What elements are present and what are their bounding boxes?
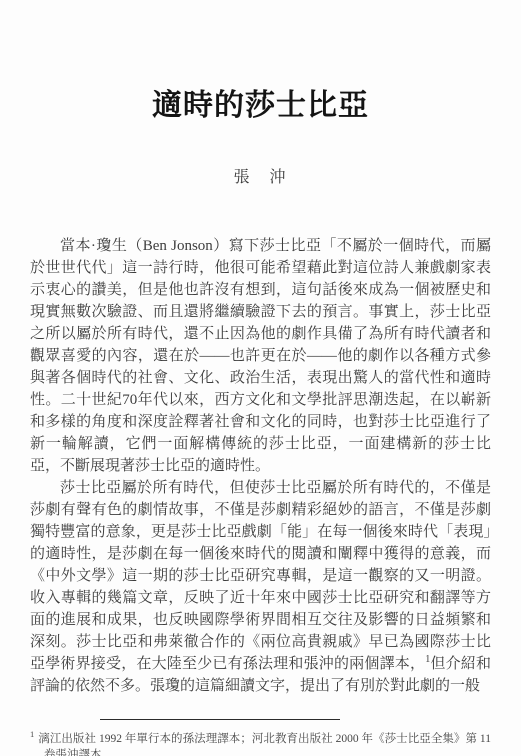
footnote-separator-rule xyxy=(100,719,340,720)
body-paragraph-1: 當本·瓊生（Ben Jonson）寫下莎士比亞「不屬於一個時代，而屬於世世代代」… xyxy=(30,235,491,477)
page-title: 適時的莎士比亞 xyxy=(30,88,491,124)
article-body: 當本·瓊生（Ben Jonson）寫下莎士比亞「不屬於一個時代，而屬於世世代代」… xyxy=(30,235,491,697)
footnote: 1漓江出版社 1992 年單行本的孫法理譯本；河北教育出版社 2000 年《莎士… xyxy=(30,726,491,756)
footnote-text: 漓江出版社 1992 年單行本的孫法理譯本；河北教育出版社 2000 年《莎士比… xyxy=(38,733,491,756)
footnote-marker: 1 xyxy=(30,729,34,739)
author-name: 張 沖 xyxy=(30,164,491,187)
paragraph-2-text-before-footnote-ref: 莎士比亞屬於所有時代，但使莎士比亞屬於所有時代的，不僅是莎劇有聲有色的劇情故事，… xyxy=(30,480,491,672)
page-content: 適時的莎士比亞 張 沖 當本·瓊生（Ben Jonson）寫下莎士比亞「不屬於一… xyxy=(0,0,521,756)
body-paragraph-2: 莎士比亞屬於所有時代，但使莎士比亞屬於所有時代的，不僅是莎劇有聲有色的劇情故事，… xyxy=(30,477,491,697)
document-page: 適時的莎士比亞 張 沖 當本·瓊生（Ben Jonson）寫下莎士比亞「不屬於一… xyxy=(0,0,521,756)
